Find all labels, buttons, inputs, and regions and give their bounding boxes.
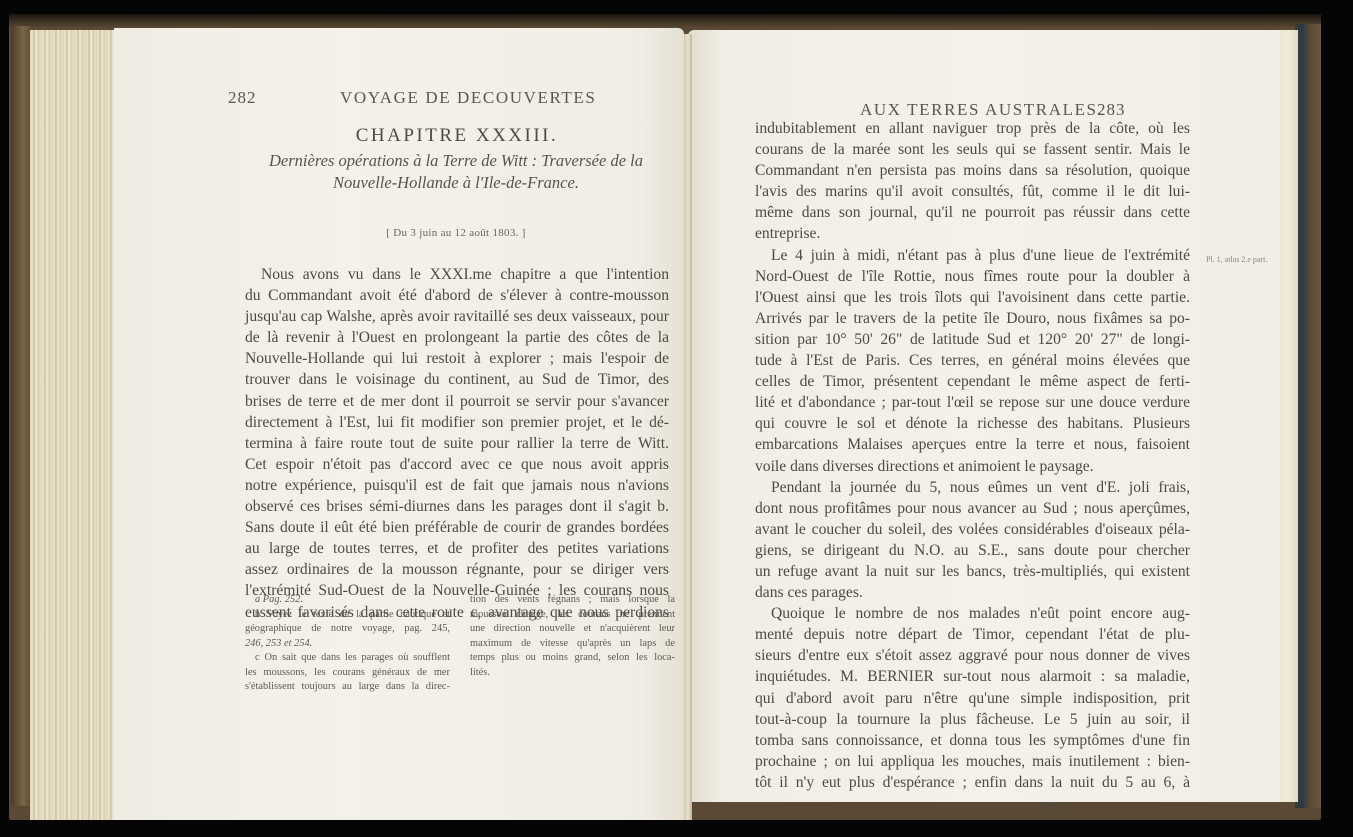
left-footnotes: a Pag. 252. b Voyez le texte de la parti… (245, 593, 675, 703)
body-line: Nous avons vu dans le XXXI.me chapitre a… (245, 264, 669, 285)
body-line: tôt il n'y eut plus d'espérance ; enfin … (755, 772, 1190, 793)
body-line: au large de toutes terres, et de profite… (245, 538, 669, 559)
body-line: notre expérience, puisqu'il est de fait … (245, 475, 669, 496)
footnote-column-2: tion des vents régnans ; mais lorsque la… (470, 593, 675, 680)
cover-right-edge (1295, 24, 1321, 808)
body-line: trouver dans le voisinage du continent, … (245, 369, 669, 390)
right-running-head: AUX TERRES AUSTRALES. (860, 100, 1103, 120)
footnote-line: b Voyez le texte de la partie nautique e… (245, 608, 450, 623)
chapter-title: CHAPITRE XXXIII. (232, 125, 682, 147)
footnote-line: géographique de notre voyage, pag. 245, (245, 622, 450, 637)
body-line: Pendant la journée du 5, nous eûmes un v… (755, 477, 1190, 498)
body-line: giens, se dirigeant du N.O. au S.E., san… (755, 540, 1190, 561)
body-line: directement à l'Est, lui fit modifier so… (245, 412, 669, 433)
chapter-dates: [ Du 3 juin au 12 août 1803. ] (226, 227, 686, 239)
left-running-head: VOYAGE DE DECOUVERTES (340, 88, 596, 108)
right-body-text: indubitablement en allant naviguer trop … (755, 118, 1190, 793)
body-line: Le 4 juin à midi, n'étant pas à plus d'u… (755, 245, 1190, 266)
page-block-right-edge (1278, 30, 1298, 802)
chapter-subtitle: Dernières opérations à la Terre de Witt … (226, 150, 686, 194)
body-line: même dans son journal, qu'il ne pourroit… (755, 202, 1190, 223)
body-line: un refuge avant la nuit sur les bancs, t… (755, 561, 1190, 582)
page-block-left-edge (30, 30, 114, 820)
body-line: assez ordinaires de la mousson régnante,… (245, 559, 669, 580)
body-line: qui d'abord avoit paru n'être qu'une sim… (755, 688, 1190, 709)
body-line: lité et d'abondance ; par-tout l'œil se … (755, 392, 1190, 413)
body-line: Nord-Ouest de l'île Rottie, nous fîmes r… (755, 266, 1190, 287)
footnote-line: temps plus ou moins grand, selon les loc… (470, 651, 675, 666)
footnote-line: lités. (470, 666, 675, 681)
body-line: voile dans diverses directions et animoi… (755, 456, 1190, 477)
body-line: dans ces parages. (755, 582, 1190, 603)
body-line: dont nous profitâmes pour nous avancer a… (755, 498, 1190, 519)
body-line: termina à faire route tout de suite pour… (245, 433, 669, 454)
body-line: Arrivés par le travers de la petite île … (755, 308, 1190, 329)
body-line: Nouvelle-Hollande qui lui restoit à expl… (245, 348, 669, 369)
body-line: Sans doute il eût été bien préférable de… (245, 517, 669, 538)
body-line: jusqu'au cap Walshe, après avoir ravitai… (245, 306, 669, 327)
body-line: menté depuis notre départ de Timor, cepe… (755, 624, 1190, 645)
body-line: du Commandant avoit été d'abord de s'éle… (245, 285, 669, 306)
cover-top-edge (9, 14, 1321, 28)
footnote-column-1: a Pag. 252. b Voyez le texte de la parti… (245, 593, 450, 695)
cover-left-edge (11, 26, 31, 806)
footnote-line: une direction nouvelle et n'acquièrent l… (470, 622, 675, 637)
body-line: sition par 10° 50' 26" de latitude Sud e… (755, 329, 1190, 350)
body-line: brises de terre et de mer dont il pourro… (245, 391, 669, 412)
body-line: embarcations Malaises aperçues entre la … (755, 434, 1190, 455)
body-line: observé ces brises sémi-diurnes dans les… (245, 496, 669, 517)
body-line: qui couvre le sol et dénote la richesse … (755, 413, 1190, 434)
left-page-number: 282 (228, 88, 257, 108)
body-line: tout-à-coup la tournure la plus fâcheuse… (755, 709, 1190, 730)
body-line: courans de la marée sont les seuls qui s… (755, 139, 1190, 160)
body-line: l'avis des marins qu'il avoit consultés,… (755, 181, 1190, 202)
body-line: tomba sans connoissance, et donna tous l… (755, 730, 1190, 751)
left-body-text: Nous avons vu dans le XXXI.me chapitre a… (245, 264, 669, 623)
right-page-number: 283 (1097, 100, 1126, 120)
body-line: avant le coucher du soleil, des volées c… (755, 519, 1190, 540)
body-line: sieurs d'entre eux s'étoit assez aggravé… (755, 645, 1190, 666)
body-line: Quoique le nombre de nos malades n'eût p… (755, 603, 1190, 624)
footnote-line: mousson change, les courans ne prennent (470, 608, 675, 623)
footnote-line: maximum de vitesse qu'après un laps de (470, 637, 675, 652)
body-line: Cet espoir n'étoit pas d'accord avec ce … (245, 454, 669, 475)
footnote-line: les moussons, les courans généraux de me… (245, 666, 450, 681)
footnote-line: 246, 253 et 254. (245, 637, 450, 652)
body-line: l'Ouest ainsi que les trois îlots qui l'… (755, 287, 1190, 308)
body-line: prochaine ; on lui appliqua les mouches,… (755, 751, 1190, 772)
body-line: tude à l'Est de Paris. Ces terres, en gé… (755, 350, 1190, 371)
margin-note: Pl. 1, atlas 2.e part. (1206, 255, 1276, 265)
body-line: Commandant n'en persista pas moins dans … (755, 160, 1190, 181)
chapter-subtitle-line: Dernières opérations à la Terre de Witt … (226, 150, 686, 172)
body-line: celles de Timor, présentent cependant le… (755, 371, 1190, 392)
body-line: indubitablement en allant naviguer trop … (755, 118, 1190, 139)
footnote-line: c On sait que dans les parages où souffl… (245, 651, 450, 666)
footnote-line: a Pag. 252. (245, 593, 450, 608)
body-line: inquiétudes. M. BERNIER sur-tout nous al… (755, 666, 1190, 687)
body-line: de là revenir à l'Ouest en prolongeant l… (245, 327, 669, 348)
footnote-line: tion des vents régnans ; mais lorsque la (470, 593, 675, 608)
body-line: entreprise. (755, 223, 1190, 244)
chapter-subtitle-line: Nouvelle-Hollande à l'Ile-de-France. (226, 172, 686, 194)
signature-mark: Nn 2 (1038, 800, 1072, 817)
footnote-line: s'établissent toujours au large dans la … (245, 680, 450, 695)
